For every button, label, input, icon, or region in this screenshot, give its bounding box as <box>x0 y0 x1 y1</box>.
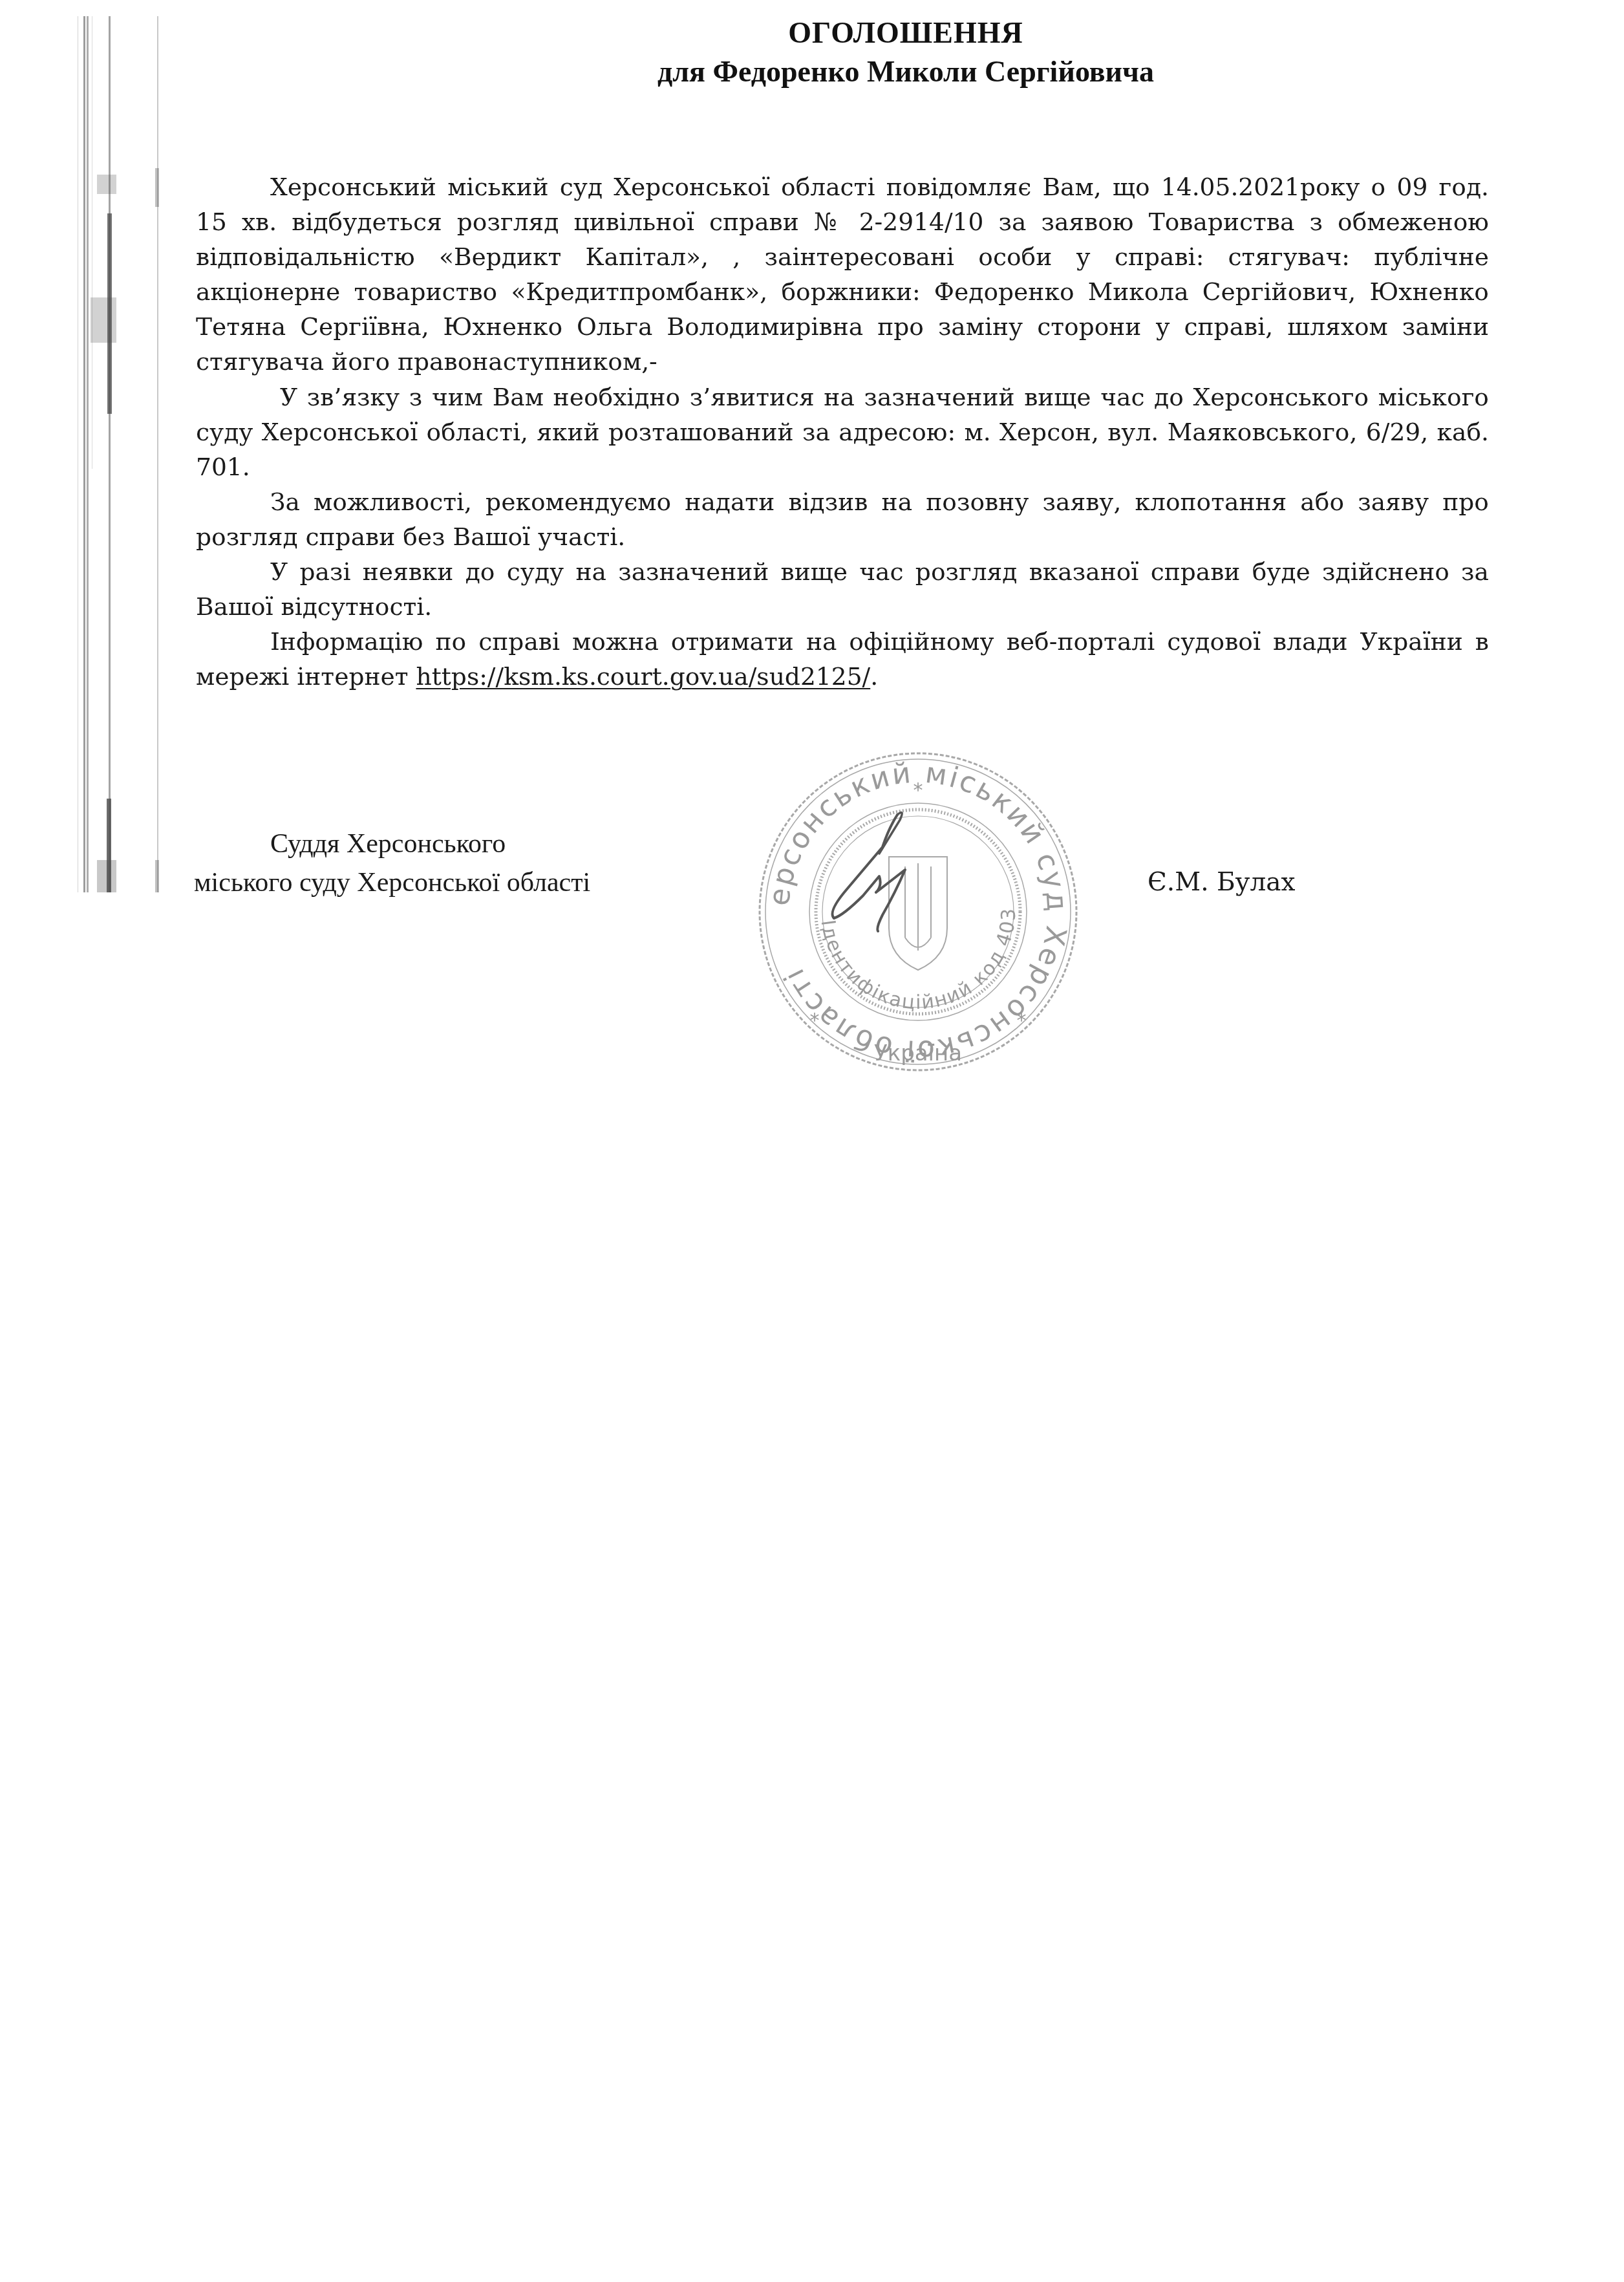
svg-text:*: * <box>810 1009 820 1032</box>
court-portal-link[interactable]: https://ksm.ks.court.gov.ua/sud2125/ <box>416 662 870 691</box>
svg-text:Україна: Україна <box>874 1040 962 1066</box>
document-subtitle: для Федоренко Миколи Сергійовича <box>187 52 1624 92</box>
notice-body: Херсонський міський суд Херсонської обла… <box>196 169 1489 694</box>
paragraph-hearing: Херсонський міський суд Херсонської обла… <box>196 169 1489 380</box>
paragraph-appearance: У зв’язку з чим Вам необхідно з’явитися … <box>196 380 1489 484</box>
document-title: ОГОЛОШЕННЯ <box>187 14 1624 52</box>
paragraph-recommendation: За можливості, рекомендуємо надати відзи… <box>196 484 1489 554</box>
signatory-position-line2: міського суду Херсонської області <box>194 863 590 902</box>
court-stamp-icon: Херсонський міський суд Херсонської обла… <box>750 744 1086 1080</box>
handwritten-signature <box>833 815 906 931</box>
signatory-position-line1: Суддя Херсонського <box>194 824 590 863</box>
signatory-name: Є.М. Булах <box>1148 863 1296 902</box>
signatory-position: Суддя Херсонського міського суду Херсонс… <box>194 824 590 902</box>
paragraph-info: Інформацію по справі можна отримати на о… <box>196 624 1489 694</box>
document-page: ОГОЛОШЕННЯ для Федоренко Миколи Сергійов… <box>0 0 1624 2282</box>
svg-text:*: * <box>1017 1009 1027 1032</box>
document-heading: ОГОЛОШЕННЯ для Федоренко Миколи Сергійов… <box>0 14 1624 92</box>
info-text-end: . <box>870 662 878 691</box>
svg-text:*: * <box>913 779 923 802</box>
scan-artifact-edge <box>0 0 181 1164</box>
paragraph-absence: У разі неявки до суду на зазначений вище… <box>196 554 1489 624</box>
